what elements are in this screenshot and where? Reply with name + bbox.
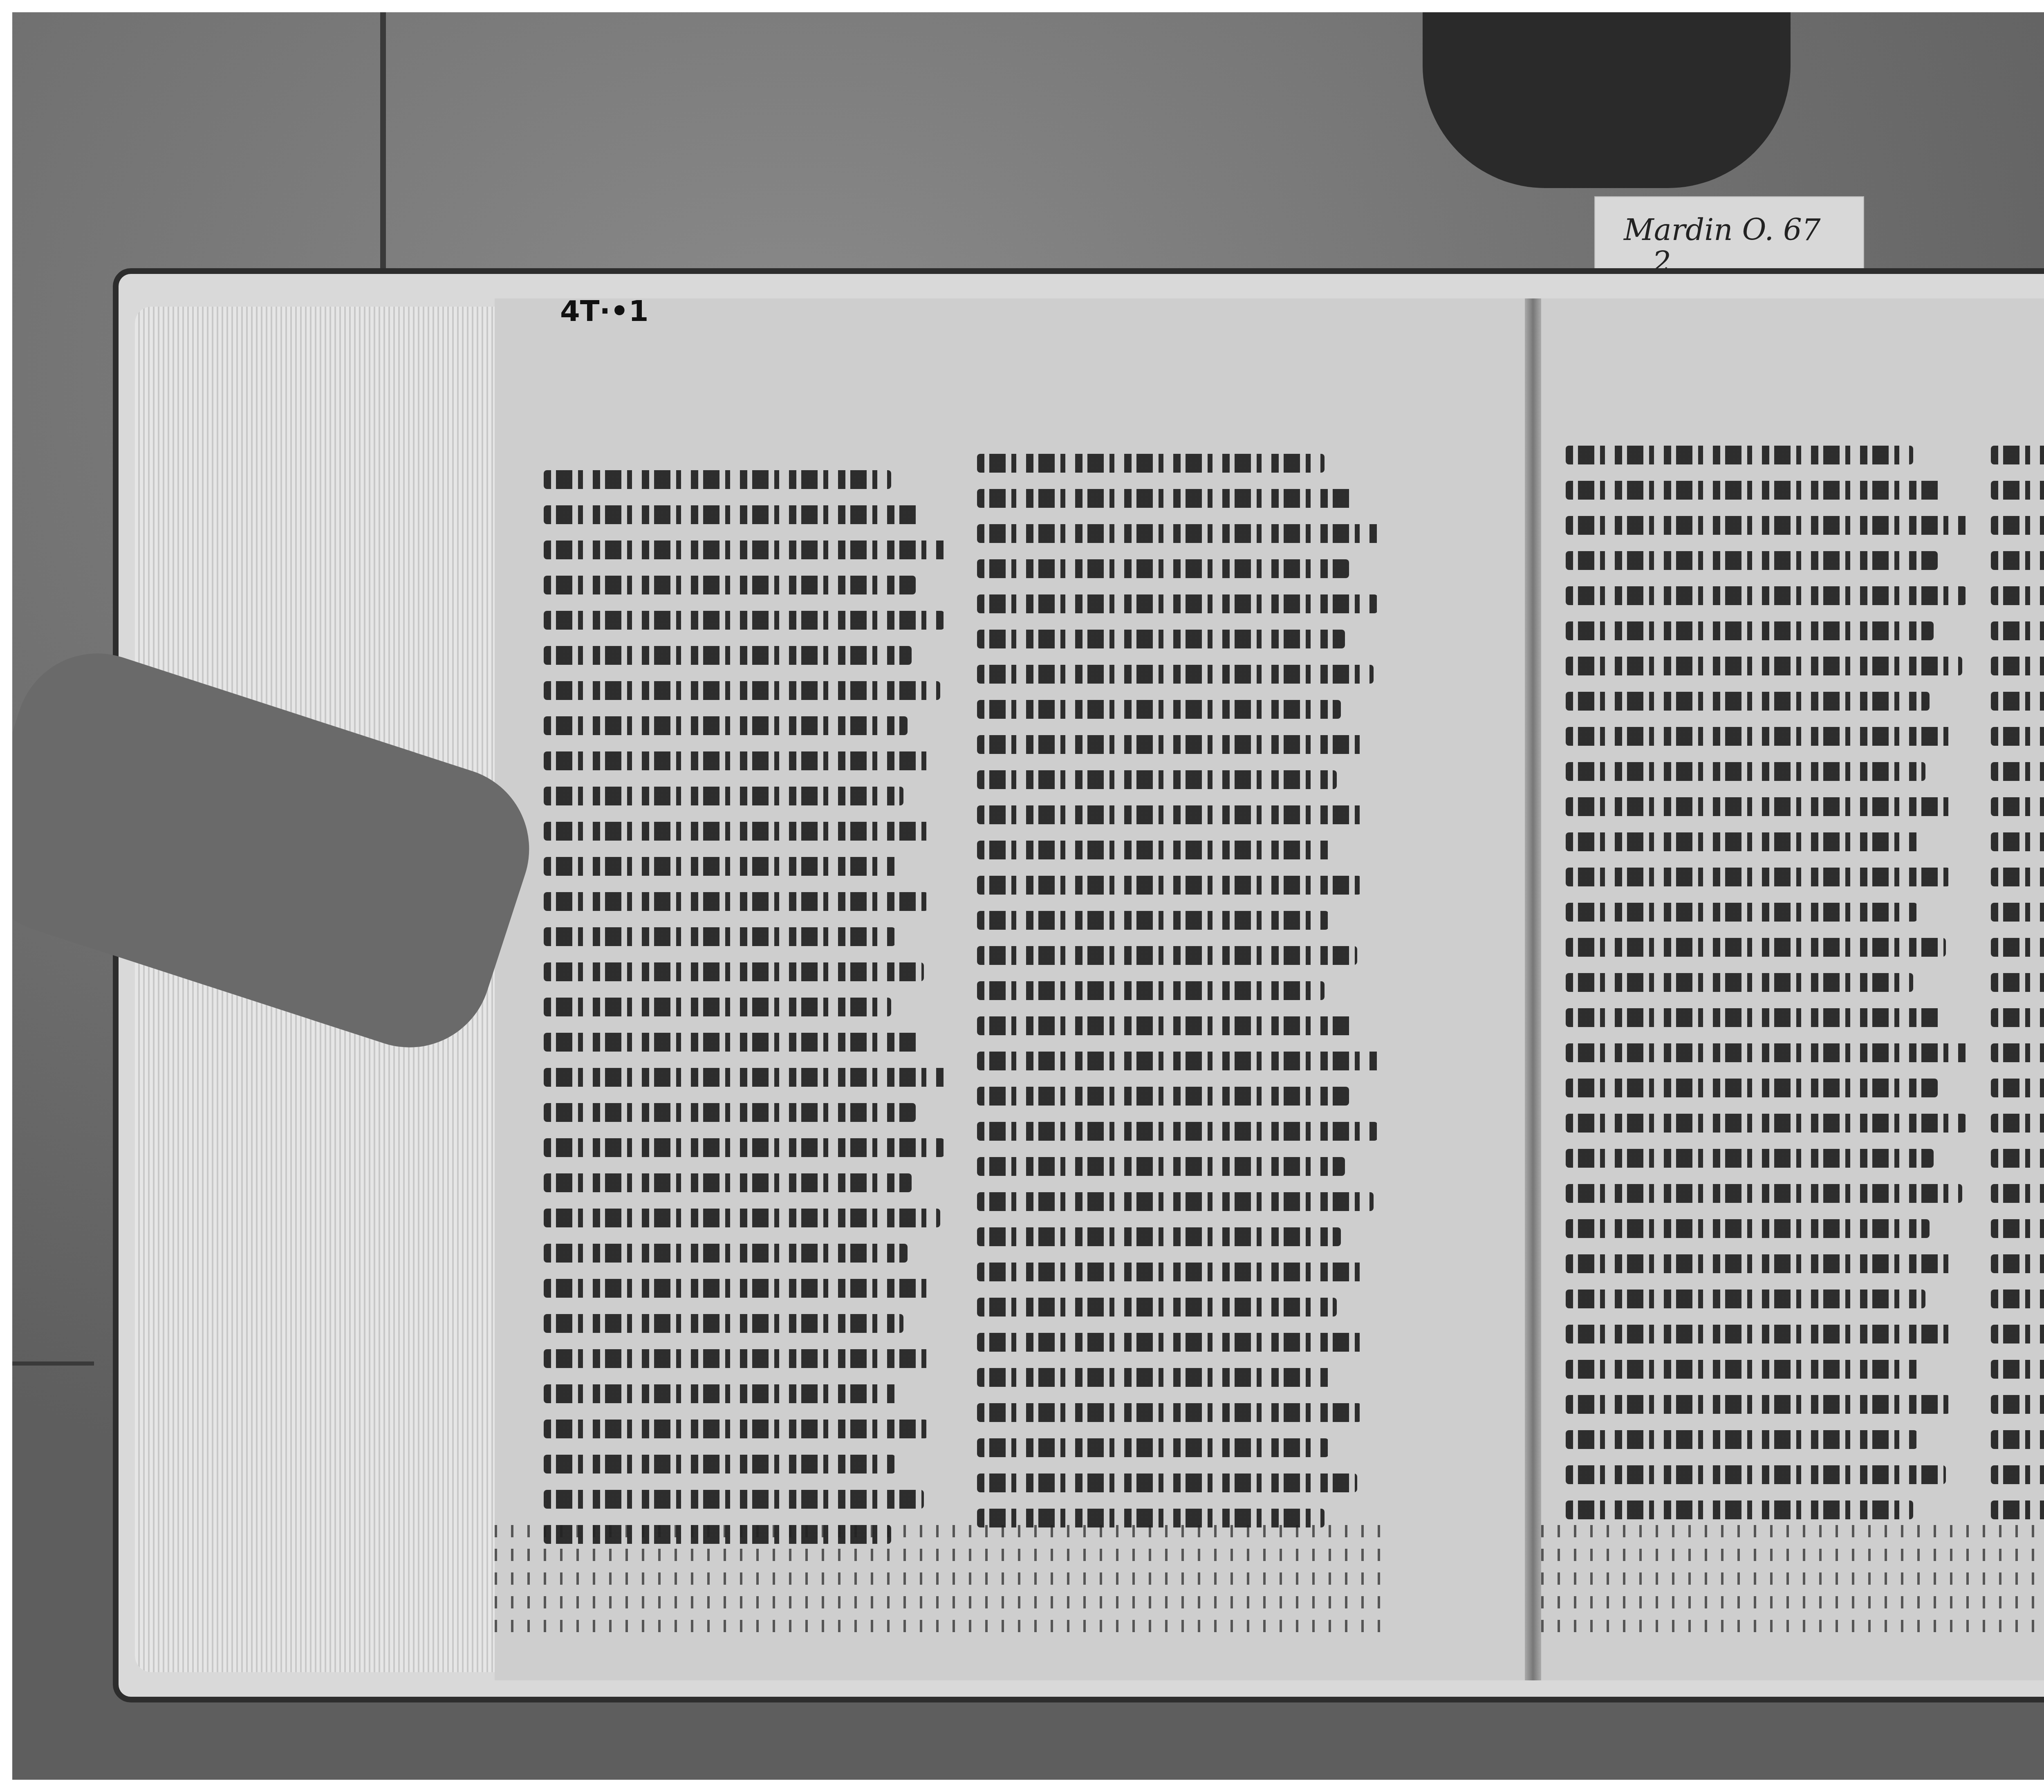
script-line [544, 541, 948, 559]
script-line [977, 665, 1374, 684]
script-line [977, 1263, 1369, 1281]
script-line [544, 822, 932, 841]
script-line [1566, 657, 1962, 675]
script-line [977, 489, 1353, 508]
script-line [544, 857, 899, 876]
script-line [1991, 973, 2044, 992]
script-line [544, 787, 903, 805]
script-line [1991, 1290, 2044, 1308]
script-line [1566, 903, 1917, 922]
footnote-line [1541, 1596, 2044, 1608]
script-line [1566, 1149, 1934, 1168]
script-line [1566, 973, 1913, 992]
script-line [1566, 1465, 1946, 1484]
script-line [1566, 1079, 1938, 1097]
script-line [1566, 797, 1954, 816]
script-line [544, 1314, 903, 1333]
script-line [544, 1490, 924, 1509]
script-line [544, 1349, 932, 1368]
floor-crack [380, 12, 386, 274]
script-line [1991, 832, 2044, 851]
script-line [977, 1087, 1349, 1106]
script-line [977, 770, 1337, 789]
script-line [1566, 1395, 1950, 1414]
script-line [544, 470, 891, 489]
script-line [1991, 1465, 2044, 1484]
script-line [977, 524, 1382, 543]
script-line [1566, 621, 1934, 640]
script-line [1566, 446, 1913, 464]
photograph: Mardin O. 67 2 4T·•1 [12, 12, 2044, 1780]
footnote-line [495, 1549, 1394, 1561]
script-line [1566, 1360, 1921, 1379]
script-line [1991, 868, 2044, 886]
script-line [977, 454, 1325, 473]
script-line [1991, 551, 2044, 570]
script-line [977, 735, 1369, 754]
script-line [1566, 586, 1966, 605]
script-line [1566, 551, 1938, 570]
script-line [544, 1173, 912, 1192]
footnote-line [1541, 1620, 2044, 1632]
script-line [1991, 1395, 2044, 1414]
script-line [1991, 903, 2044, 922]
script-line [544, 1138, 944, 1157]
script-line [544, 1068, 948, 1087]
script-line [1991, 1079, 2044, 1097]
script-line [1991, 516, 2044, 535]
script-line [977, 1403, 1361, 1422]
script-line [544, 892, 928, 911]
left-page-column-1 [544, 470, 953, 1560]
script-line [1991, 938, 2044, 957]
script-line [977, 1474, 1357, 1492]
script-line [977, 1192, 1374, 1211]
footnote-line [495, 1620, 1394, 1632]
script-line [1991, 657, 2044, 675]
script-line [1991, 1149, 2044, 1168]
script-line [544, 1420, 928, 1438]
left-page [495, 298, 1533, 1680]
script-line [1566, 1325, 1954, 1343]
footnote-line [1541, 1525, 2044, 1537]
script-line [1991, 1219, 2044, 1238]
script-line [544, 505, 920, 524]
script-line [544, 1103, 916, 1122]
script-line [544, 1033, 920, 1052]
script-line [1566, 868, 1950, 886]
script-line [1991, 1114, 2044, 1133]
script-line [1991, 797, 2044, 816]
script-line [1566, 692, 1930, 711]
script-line [1566, 727, 1958, 746]
right-page-column-2 [1991, 446, 2044, 1536]
script-line [977, 1438, 1329, 1457]
script-line [1566, 516, 1970, 535]
label-shelfmark: Mardin O. 67 [1624, 213, 1863, 246]
script-line [977, 594, 1378, 613]
script-line [544, 1244, 908, 1263]
script-line [544, 1279, 936, 1298]
script-line [977, 559, 1349, 578]
script-line [1566, 1043, 1970, 1062]
script-line [1566, 938, 1946, 957]
script-line [1991, 1008, 2044, 1027]
script-line [1566, 1114, 1966, 1133]
script-line [1991, 1500, 2044, 1519]
script-line [544, 998, 891, 1016]
left-page-footnotes [495, 1525, 1394, 1644]
script-line [977, 805, 1365, 824]
script-line [1566, 1008, 1942, 1027]
script-line [1566, 1219, 1930, 1238]
script-line [1566, 1290, 1925, 1308]
folio-number: 4T·•1 [560, 294, 649, 328]
gutter [1525, 298, 1541, 1680]
script-line [544, 646, 912, 665]
script-line [977, 1016, 1353, 1035]
script-line [544, 611, 944, 630]
floor-crack [12, 1361, 94, 1366]
script-line [977, 946, 1357, 965]
script-line [1566, 1254, 1958, 1273]
right-page [1541, 298, 2044, 1680]
script-line [544, 1455, 895, 1474]
left-page-column-2 [977, 454, 1386, 1544]
script-line [544, 1384, 899, 1403]
script-line [544, 681, 940, 700]
script-line [1991, 692, 2044, 711]
script-line [1991, 481, 2044, 500]
script-line [544, 716, 908, 735]
script-line [544, 927, 895, 946]
script-line [977, 1333, 1365, 1352]
right-page-footnotes [1541, 1525, 2044, 1644]
script-line [1991, 1184, 2044, 1203]
script-line [977, 1368, 1333, 1387]
script-line [1566, 762, 1925, 781]
script-line [1991, 446, 2044, 464]
script-line [1991, 1430, 2044, 1449]
script-line [977, 981, 1325, 1000]
script-line [1566, 1500, 1913, 1519]
script-line [544, 1209, 940, 1227]
footnote-line [495, 1596, 1394, 1608]
script-line [1566, 481, 1942, 500]
script-line [977, 700, 1341, 719]
script-line [1991, 1360, 2044, 1379]
script-line [544, 576, 916, 594]
script-line [1566, 1184, 1962, 1203]
script-line [1991, 1325, 2044, 1343]
script-line [977, 876, 1361, 895]
script-line [1991, 727, 2044, 746]
script-line [977, 1052, 1382, 1070]
script-line [544, 751, 936, 770]
footnote-line [1541, 1572, 2044, 1585]
script-line [1991, 1254, 2044, 1273]
right-page-column-1 [1566, 446, 1975, 1536]
hat [1423, 12, 1791, 188]
script-line [1991, 762, 2044, 781]
script-line [977, 1157, 1345, 1176]
footnote-line [1541, 1549, 2044, 1561]
script-line [1991, 621, 2044, 640]
script-line [977, 1227, 1341, 1246]
script-line [977, 1298, 1337, 1317]
script-line [1991, 586, 2044, 605]
script-line [1566, 832, 1921, 851]
script-line [977, 630, 1345, 648]
script-line [1566, 1430, 1917, 1449]
script-line [544, 962, 924, 981]
script-line [977, 841, 1333, 859]
script-line [977, 911, 1329, 930]
footnote-line [495, 1572, 1394, 1585]
footnote-line [495, 1525, 1394, 1537]
script-line [977, 1122, 1378, 1141]
script-line [1991, 1043, 2044, 1062]
